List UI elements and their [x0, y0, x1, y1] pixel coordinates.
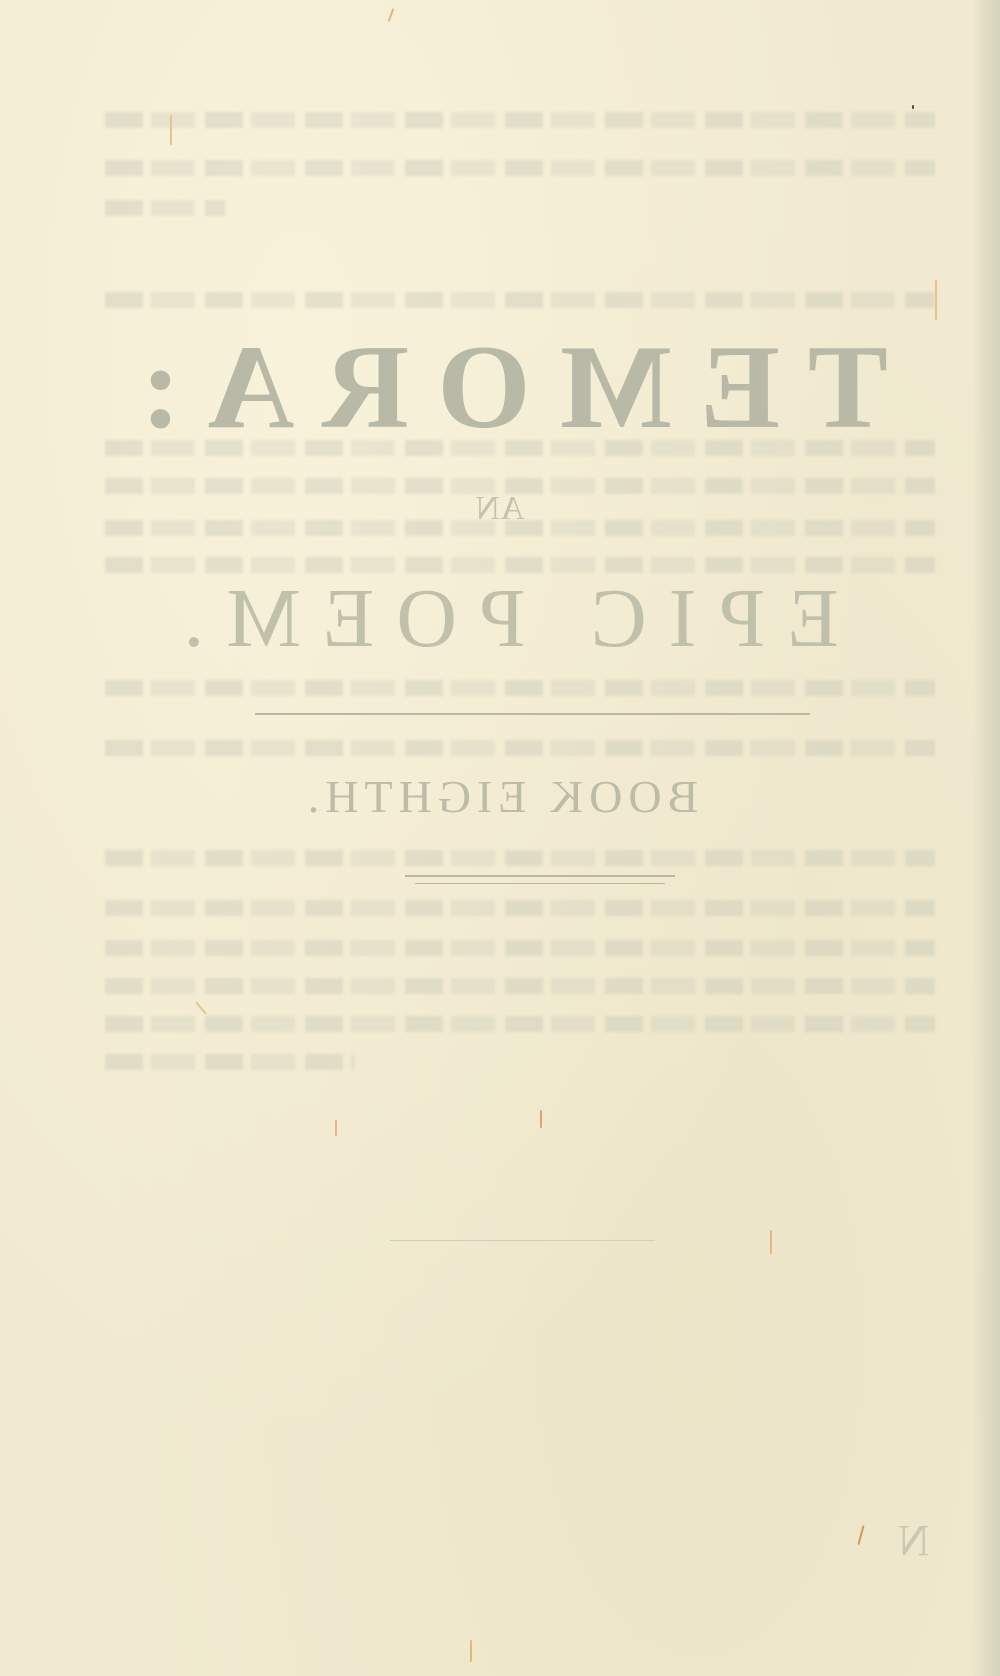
page-edge-shadow: [972, 0, 1000, 1676]
paper-fiber: [770, 1230, 772, 1254]
bleed-text-line: [105, 1054, 355, 1070]
paper-fiber: [857, 1525, 864, 1545]
bleed-text-line: [105, 740, 935, 756]
paper-fiber: [540, 1110, 542, 1128]
bleed-text-line: [105, 680, 935, 696]
bleed-text-line: [105, 440, 935, 456]
paper-fiber: [935, 280, 937, 320]
bleed-text-line: [105, 850, 935, 866]
bleed-text-line: [105, 292, 935, 308]
double-rule-bottom: [415, 883, 665, 884]
bleed-catchword: N: [898, 1515, 930, 1566]
book-page: TEMORA: AN EPIC POEM. BOOK EIGHTH. N: [0, 0, 1000, 1676]
paper-fiber: [335, 1120, 337, 1136]
bleed-text-line: [105, 978, 935, 994]
double-rule-top: [405, 875, 675, 877]
bleed-text-line: [105, 112, 935, 128]
bleed-text-line: [105, 160, 935, 176]
paper-fiber: [388, 8, 395, 22]
bleed-text-line: [105, 940, 935, 956]
bleed-title: TEMORA:: [0, 318, 1000, 456]
paper-fiber: [170, 115, 172, 145]
paper-fiber: [912, 105, 914, 109]
bleed-book-heading: BOOK EIGHTH.: [0, 770, 1000, 823]
bleed-text-line: [105, 200, 225, 216]
short-rule: [390, 1240, 655, 1241]
bleed-text-line: [105, 1016, 935, 1032]
paper-fiber: [470, 1640, 472, 1662]
paper-fiber: [195, 1001, 207, 1015]
bleed-subtitle: EPIC POEM.: [0, 570, 1000, 667]
bleed-text-line: [105, 520, 935, 536]
divider-rule: [255, 713, 810, 715]
bleed-text-line: [105, 900, 935, 916]
